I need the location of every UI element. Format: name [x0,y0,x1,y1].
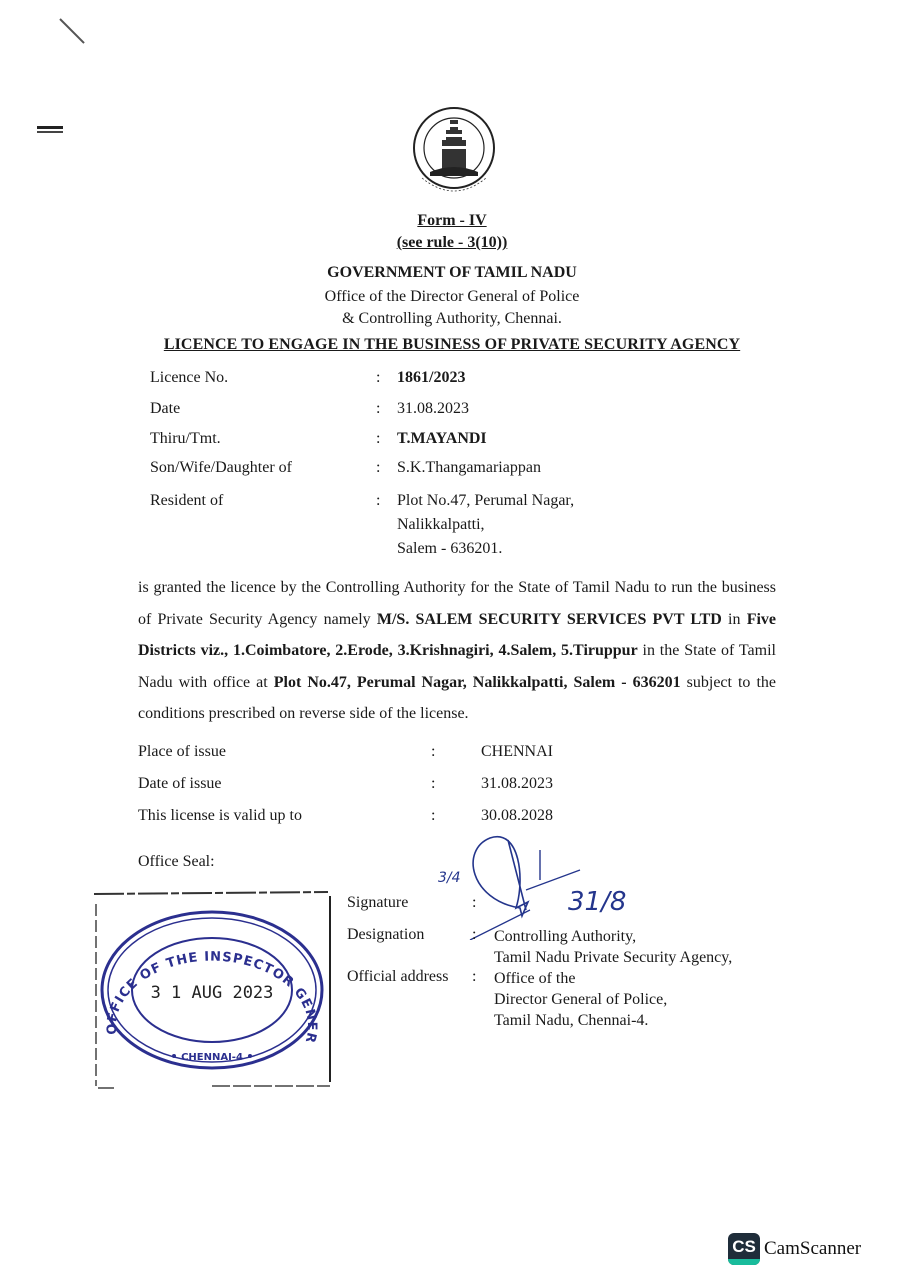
colon: : [376,369,380,387]
colon: : [431,775,435,793]
colon: : [376,400,380,418]
camscanner-watermark: CSCamScanner [728,1233,861,1265]
office-line-2: & Controlling Authority, Chennai. [0,310,904,328]
office-address: Plot No.47, Perumal Nagar, Nalikkalpatti… [274,674,681,691]
place-of-issue: CHENNAI [481,743,553,761]
scan-mark [37,126,63,129]
agency-name: M/S. SALEM SECURITY SERVICES PVT LTD [377,611,722,628]
camscanner-logo-icon: CS [728,1233,760,1265]
government-heading: GOVERNMENT OF TAMIL NADU [0,264,904,282]
scan-mark [59,18,84,43]
resident-address-line-2: Nalikkalpatti, [397,516,485,534]
form-rule: (see rule - 3(10)) [0,234,904,252]
official-address-label: Official address [347,968,448,986]
scan-mark [37,131,63,133]
detail-label-date: Date [150,400,180,418]
colon: : [376,492,380,510]
svg-text:31/8: 31/8 [568,887,626,917]
camscanner-text: CamScanner [764,1238,861,1260]
signature-label: Signature [347,894,408,912]
detail-label-licence-no: Licence No. [150,369,228,387]
official-address-line-1: Office of the [494,968,575,989]
svg-text:3/4: 3/4 [438,870,461,886]
colon: : [431,743,435,761]
colon: : [431,807,435,825]
colon: : [376,430,380,448]
official-address-line-3: Tamil Nadu, Chennai-4. [494,1010,648,1031]
resident-address-line-3: Salem - 636201. [397,540,502,558]
licence-grant-paragraph: is granted the licence by the Controllin… [138,572,776,730]
detail-label-name: Thiru/Tmt. [150,430,221,448]
issue-label-place: Place of issue [138,743,226,761]
issue-label-validity: This license is valid up to [138,807,302,825]
licensee-name: T.MAYANDI [397,430,487,448]
office-seal-label: Office Seal: [138,853,215,871]
issue-label-date: Date of issue [138,775,222,793]
seal-date: 3 1 AUG 2023 [151,983,274,1003]
colon: : [472,926,476,944]
date-of-issue: 31.08.2023 [481,775,553,793]
colon: : [376,459,380,477]
designation-label: Designation [347,926,424,944]
form-title: Form - IV [0,212,904,230]
valid-up-to: 30.08.2028 [481,807,553,825]
resident-address-line-1: Plot No.47, Perumal Nagar, [397,492,574,510]
colon: : [472,894,476,912]
licence-date: 31.08.2023 [397,400,469,418]
detail-label-relation: Son/Wife/Daughter of [150,459,292,477]
office-seal-stamp: OFFICE OF THE INSPECTOR GENERAL OF POLIC… [92,890,332,1090]
detail-label-resident: Resident of [150,492,223,510]
tamil-nadu-police-emblem-icon [402,100,506,204]
office-line-1: Office of the Director General of Police [0,288,904,306]
licence-heading: LICENCE TO ENGAGE IN THE BUSINESS OF PRI… [0,336,904,354]
designation-line-2: Tamil Nadu Private Security Agency, [494,947,732,968]
paragraph-text: in [722,611,747,628]
official-address-line-2: Director General of Police, [494,989,667,1010]
relation-name: S.K.Thangamariappan [397,459,541,477]
licence-number: 1861/2023 [397,369,465,387]
svg-text:CHENNAI-4: CHENNAI-4 [181,1052,243,1063]
designation-line-1: Controlling Authority, [494,926,636,947]
signature-scribble: 3/4 31/8 [430,830,640,940]
colon: : [472,968,476,986]
